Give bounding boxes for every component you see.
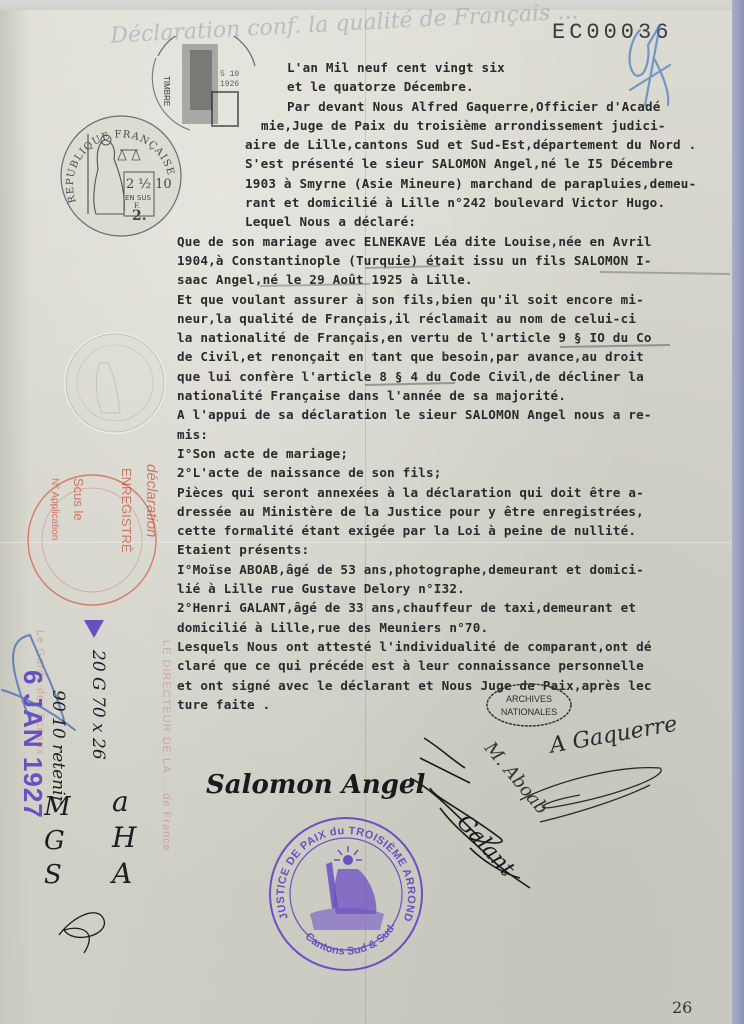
- text-line: Etaient présents:: [177, 540, 737, 559]
- text-line: ture faite .: [177, 695, 737, 714]
- handwritten-annotation-1: 20 G 70 x 26: [88, 650, 108, 760]
- red-stamp-text-1: déclaration: [143, 464, 160, 537]
- text-line: cette formalité étant exigée par la Loi …: [177, 521, 737, 540]
- justice-de-paix-seal: JUSTICE DE PAIX du TROISIÈME ARRONDt de …: [266, 814, 426, 974]
- svg-text:2.: 2.: [132, 208, 147, 224]
- initial: a: [112, 784, 142, 820]
- signature-declarant: Salomon Angel: [206, 770, 425, 800]
- paraph-flourish: [54, 895, 114, 955]
- text-line: 2°Henri GALANT,âgé de 33 ans,chauffeur d…: [177, 598, 737, 617]
- judge-signature-flourish: [500, 740, 670, 830]
- initials-column-1: M G S: [44, 790, 74, 892]
- handwritten-annotation-2: 90 10 retenir: [48, 690, 68, 804]
- text-line: et ont signé avec le déclarant et Nous J…: [177, 676, 737, 695]
- embossed-seal: [60, 328, 170, 438]
- faint-vertical-text-2: LE DIRECTEUR DE LA ... de France: [160, 640, 172, 852]
- text-line: L'an Mil neuf cent vingt six: [177, 58, 737, 77]
- text-line: I°Moïse ABOAB,âgé de 53 ans,photographe,…: [177, 560, 737, 579]
- pencil-underlines: [170, 200, 740, 500]
- text-line: Lesquels Nous ont attesté l'individualit…: [177, 637, 737, 656]
- page-number: 26: [672, 998, 692, 1017]
- svg-text:TIMBRE: TIMBRE: [162, 76, 171, 106]
- red-stamp-text-4: N° Application: [49, 478, 60, 540]
- red-stamp-text-2: ENREGISTRÉ: [119, 468, 134, 553]
- initials-column-2: a H A: [112, 784, 142, 892]
- text-line: 1903 à Smyrne (Asie Mineure) marchand de…: [177, 174, 737, 193]
- initial: M: [44, 790, 74, 824]
- initial: A: [112, 856, 142, 892]
- initial: S: [44, 858, 74, 892]
- text-line: aire de Lille,cantons Sud et Sud-Est,dép…: [177, 135, 737, 154]
- text-line: lié à Lille rue Gustave Delory n°I32.: [177, 579, 737, 598]
- text-line: S'est présenté le sieur SALOMON Angel,né…: [177, 154, 737, 173]
- fiscal-stamp: REPUBLIQUE FRANÇAISE 2 ½ 10 EN SUS F. 2.: [58, 114, 184, 238]
- text-line: et le quatorze Décembre.: [177, 77, 737, 96]
- text-line: domicilié à Lille,rue des Meuniers n°70.: [177, 618, 737, 637]
- svg-text:2 ½ 10: 2 ½ 10: [126, 177, 172, 192]
- svg-text:ARCHIVES: ARCHIVES: [506, 694, 552, 704]
- text-line: dressée au Ministère de la Justice pour …: [177, 502, 737, 521]
- text-line: mie,Juge de Paix du troisième arrondisse…: [177, 116, 737, 135]
- initial: H: [112, 820, 142, 856]
- initial: G: [44, 824, 74, 858]
- red-stamp-text-3: Scus le: [71, 478, 86, 521]
- archives-nationales-stamp: ARCHIVES NATIONALES: [484, 680, 574, 730]
- text-line: Par devant Nous Alfred Gaquerre,Officier…: [177, 97, 737, 116]
- svg-text:NATIONALES: NATIONALES: [501, 707, 557, 717]
- text-line: claré que ce qui précéde est à leur conn…: [177, 656, 737, 675]
- svg-text:EN SUS: EN SUS: [125, 194, 151, 202]
